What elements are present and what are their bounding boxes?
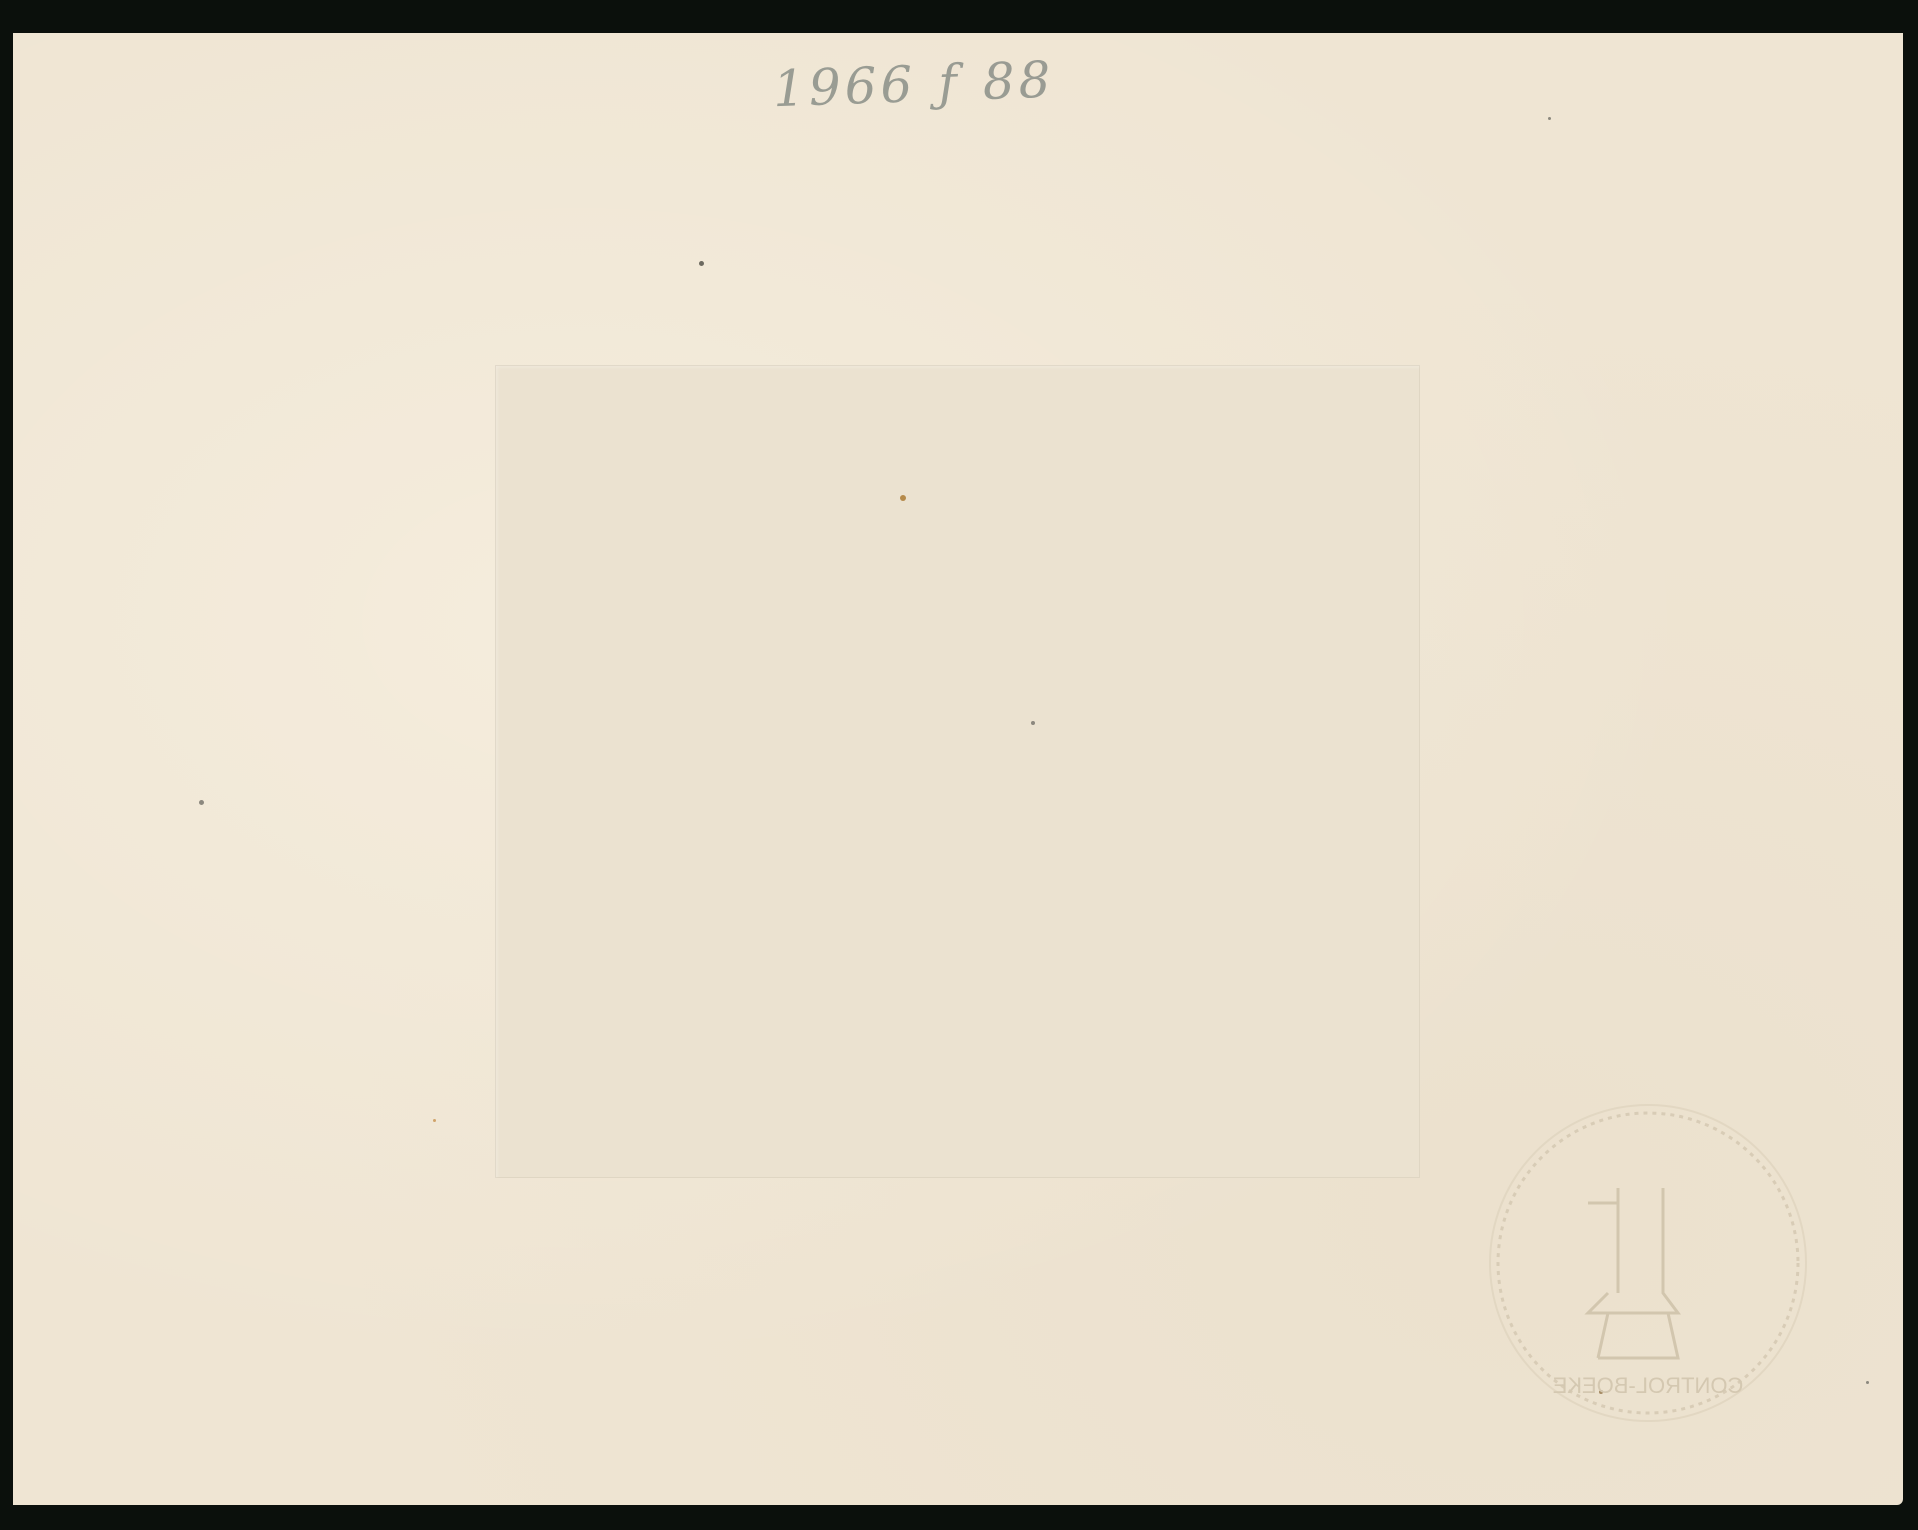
svg-text:CONTROL-BOEKE: CONTROL-BOEKE (1553, 1373, 1744, 1398)
embossed-seal-icon: CONTROL-BOEKE (1478, 1093, 1818, 1433)
foxing-spot (433, 1119, 436, 1122)
foxing-spot (199, 800, 204, 805)
plate-impression (495, 365, 1420, 1178)
handwritten-pencil-note: 1966ƒ88 (772, 50, 1077, 119)
paper-sheet: 1966ƒ88 CONTROL-BOEKE (13, 33, 1903, 1505)
note-symbol: ƒ (937, 54, 962, 113)
note-number: 88 (982, 50, 1056, 110)
note-year: 1966 (772, 55, 917, 118)
foxing-spot (1031, 721, 1035, 725)
foxing-spot (900, 495, 906, 501)
scanned-document: 1966ƒ88 CONTROL-BOEKE (0, 0, 1918, 1530)
foxing-spot (1866, 1381, 1869, 1384)
foxing-spot (699, 261, 704, 266)
foxing-spot (1548, 117, 1551, 120)
